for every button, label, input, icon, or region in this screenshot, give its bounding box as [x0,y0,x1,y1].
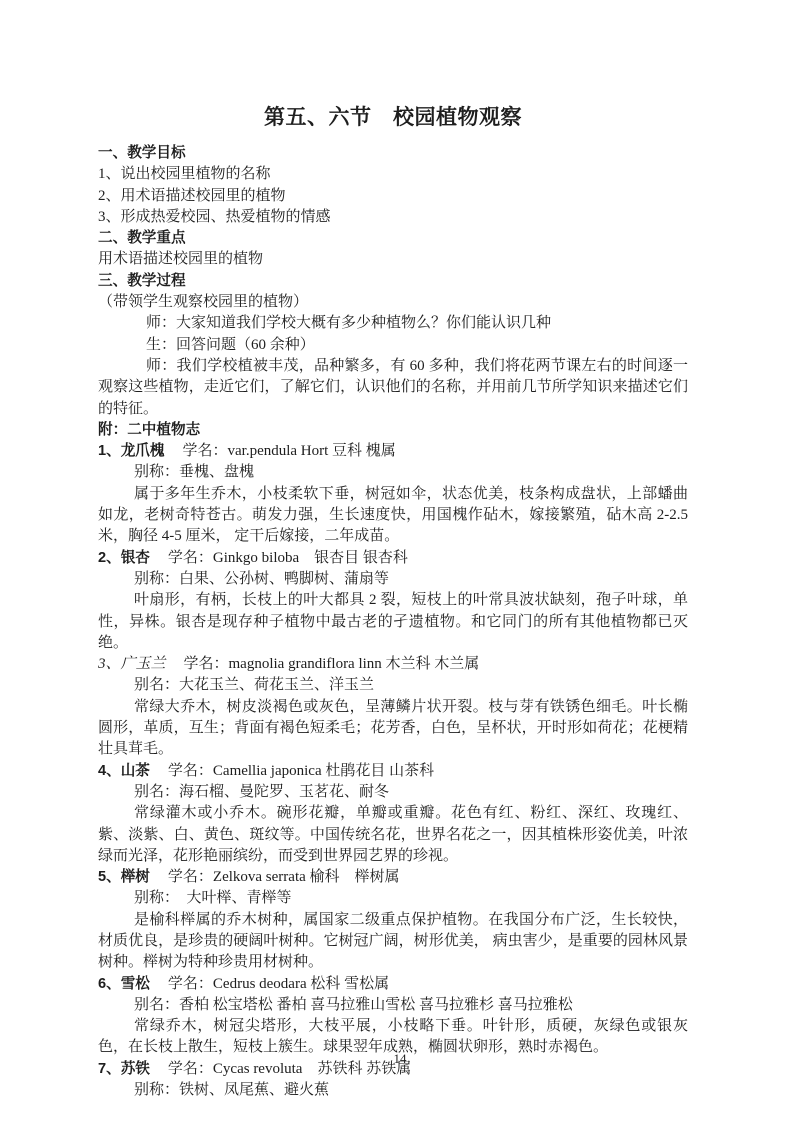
objective-item: 1、说出校园里植物的名称 [98,164,688,185]
plant-latin-name: 学名：var.pendula Hort 豆科 槐属 [183,443,396,459]
objectives-list: 1、说出校园里植物的名称 2、用术语描述校园里的植物 3、形成热爱校园、热爱植物… [98,164,688,228]
plant-alias: 别名：海石榴、曼陀罗、玉茗花、耐冬 [98,782,688,803]
plant-header: 2、银杏学名：Ginkgo biloba 银杏目 银杏科 [98,548,688,569]
plant-alias: 别称：铁树、凤尾蕉、避火蕉 [98,1080,688,1101]
page-title: 第五、六节 校园植物观察 [98,104,688,130]
heading-key-points: 二、教学重点 [98,228,688,249]
plant-alias: 别名：香柏 松宝塔松 番柏 喜马拉雅山雪松 喜马拉雅杉 喜马拉雅松 [98,995,688,1016]
plant-header: 3、广玉兰学名：magnolia grandiflora linn 木兰科 木兰… [98,654,688,675]
plant-alias: 别称：白果、公孙树、鸭脚树、蒲扇等 [98,569,688,590]
document-page: 第五、六节 校园植物观察 一、教学目标 1、说出校园里植物的名称 2、用术语描述… [0,0,800,1131]
plant-alias: 别名：大花玉兰、荷花玉兰、洋玉兰 [98,675,688,696]
page-number: 14 [0,1048,800,1069]
plant-entry: 2、银杏学名：Ginkgo biloba 银杏目 银杏科 别称：白果、公孙树、鸭… [98,548,688,654]
plant-entry: 5、榉树学名：Zelkova serrata 榆科 榉树属 别称： 大叶榉、青榉… [98,867,688,973]
plant-name: 3、广玉兰 [98,656,166,672]
plant-latin-name: 学名：magnolia grandiflora linn 木兰科 木兰属 [184,656,480,672]
objective-item: 3、形成热爱校园、热爱植物的情感 [98,207,688,228]
plant-latin-name: 学名：Zelkova serrata 榆科 榉树属 [168,869,400,885]
process-note: （带领学生观察校园里的植物） [98,292,688,313]
plant-alias: 别称： 大叶榉、青榉等 [98,888,688,909]
plant-latin-name: 学名：Ginkgo biloba 银杏目 银杏科 [168,550,408,566]
plant-name: 1、龙爪槐 [98,443,165,459]
plant-latin-name: 学名：Camellia japonica 杜鹃花目 山茶科 [168,763,434,779]
plant-name: 2、银杏 [98,550,150,566]
heading-process: 三、教学过程 [98,271,688,292]
heading-appendix: 附：二中植物志 [98,420,688,441]
dialogue-line: 师：大家知道我们学校大概有多少种植物么？你们能认识几种 [98,313,688,334]
plant-name: 6、雪松 [98,976,150,992]
plant-list: 1、龙爪槐学名：var.pendula Hort 豆科 槐属 别称：垂槐、盘槐 … [98,441,688,1101]
plant-description: 叶扇形，有柄，长枝上的叶大都具 2 裂，短枝上的叶常具波状缺刻，孢子叶球，单性，… [98,590,688,654]
plant-entry: 6、雪松学名：Cedrus deodara 松科 雪松属 别名：香柏 松宝塔松 … [98,974,688,1059]
plant-header: 6、雪松学名：Cedrus deodara 松科 雪松属 [98,974,688,995]
plant-entry: 1、龙爪槐学名：var.pendula Hort 豆科 槐属 别称：垂槐、盘槐 … [98,441,688,547]
plant-latin-name: 学名：Cedrus deodara 松科 雪松属 [168,976,389,992]
plant-header: 1、龙爪槐学名：var.pendula Hort 豆科 槐属 [98,441,688,462]
plant-description: 属于多年生乔木，小枝柔软下垂，树冠如伞，状态优美，枝条构成盘状，上部蟠曲如龙，老… [98,484,688,548]
objective-item: 2、用术语描述校园里的植物 [98,186,688,207]
key-points-text: 用术语描述校园里的植物 [98,249,688,270]
plant-description: 是榆科榉属的乔木树种，属国家二级重点保护植物。在我国分布广泛，生长较快，材质优良… [98,910,688,974]
plant-name: 5、榉树 [98,869,150,885]
heading-objectives: 一、教学目标 [98,143,688,164]
plant-entry: 3、广玉兰学名：magnolia grandiflora linn 木兰科 木兰… [98,654,688,760]
plant-entry: 4、山茶学名：Camellia japonica 杜鹃花目 山茶科 别名：海石榴… [98,761,688,867]
plant-description: 常绿灌木或小乔木。碗形花瓣，单瓣或重瓣。花色有红、粉红、深红、玫瑰红、紫、淡紫、… [98,803,688,867]
dialogue-list: 师：大家知道我们学校大概有多少种植物么？你们能认识几种 生：回答问题（60 余种… [98,313,688,419]
dialogue-line: 师：我们学校植被丰茂，品种繁多，有 60 多种，我们将花两节课左右的时间逐一观察… [98,356,688,420]
plant-description: 常绿大乔木，树皮淡褐色或灰色，呈薄鳞片状开裂。枝与芽有铁锈色细毛。叶长椭圆形，革… [98,697,688,761]
plant-name: 4、山茶 [98,763,150,779]
dialogue-line: 生：回答问题（60 余种） [98,335,688,356]
plant-alias: 别称：垂槐、盘槐 [98,462,688,483]
plant-header: 5、榉树学名：Zelkova serrata 榆科 榉树属 [98,867,688,888]
plant-header: 4、山茶学名：Camellia japonica 杜鹃花目 山茶科 [98,761,688,782]
